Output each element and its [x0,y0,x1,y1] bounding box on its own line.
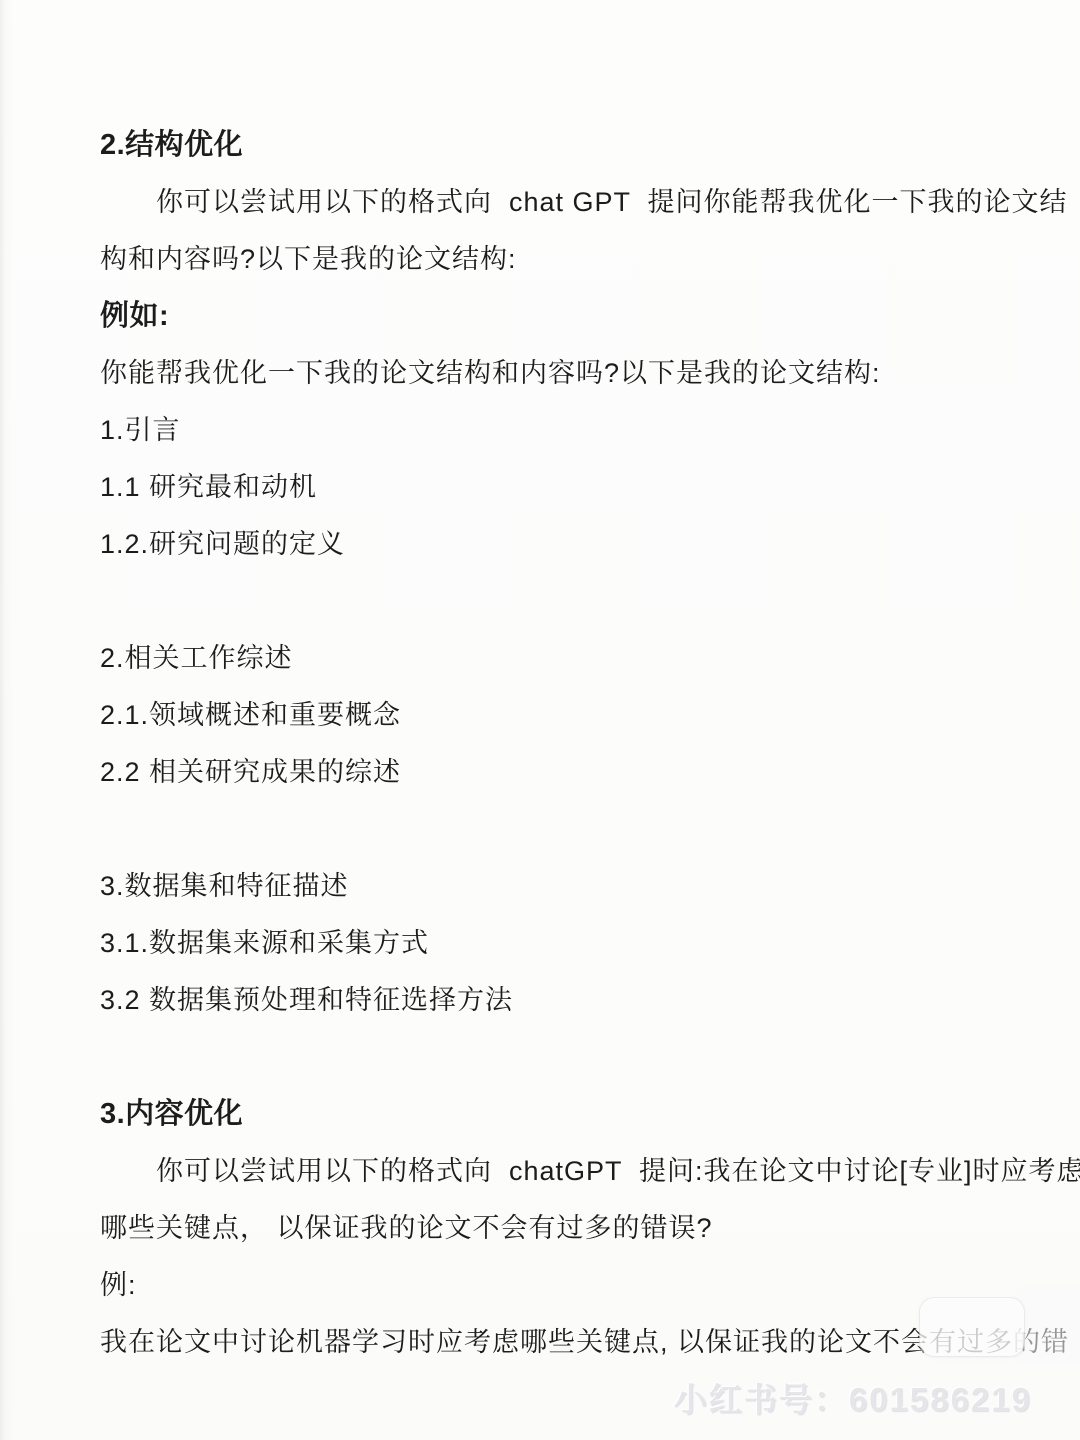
text-line: 3.2 数据集预处理和特征选择方法 [100,983,1036,1040]
sticker-badge [920,1298,1024,1356]
text-line: 2.2 相关研究成果的综述 [100,755,1036,812]
blank-line [100,812,1036,869]
heading-line: 2.结构优化 [100,128,1036,185]
blank-line [100,1040,1036,1097]
text-line: 3.数据集和特征描述 [100,869,1036,926]
blank-line [100,584,1036,641]
scanned-document-page: 2.结构优化你可以尝试用以下的格式向 chat GPT 提问你能帮我优化一下我的… [0,0,1080,1440]
text-line: 2.相关工作综述 [100,641,1036,698]
text-line: 1.1 研究最和动机 [100,470,1036,527]
xiaohongshu-id-watermark: 小红书号：601586219 [674,1374,1032,1421]
text-line: 哪些关键点， 以保证我的论文不会有过多的错误? [100,1211,1036,1268]
heading-line: 3.内容优化 [100,1097,1036,1154]
text-line: 2.1.领域概述和重要概念 [100,698,1036,755]
text-line: 1.引言 [100,413,1036,470]
heading-line: 例如: [100,299,1036,356]
text-line: 例: [100,1268,1036,1325]
text-line: 3.1.数据集来源和采集方式 [100,926,1036,983]
text-line: 你可以尝试用以下的格式向 chat GPT 提问你能帮我优化一下我的论文结 [100,185,1036,242]
text-line: 构和内容吗?以下是我的论文结构: [100,242,1036,299]
text-line: 1.2.研究问题的定义 [100,527,1036,584]
document-body: 2.结构优化你可以尝试用以下的格式向 chat GPT 提问你能帮我优化一下我的… [100,128,1036,1382]
text-line: 你可以尝试用以下的格式向 chatGPT 提问:我在论文中讨论[专业]时应考虑 [100,1154,1036,1211]
text-line: 你能帮我优化一下我的论文结构和内容吗?以下是我的论文结构: [100,356,1036,413]
